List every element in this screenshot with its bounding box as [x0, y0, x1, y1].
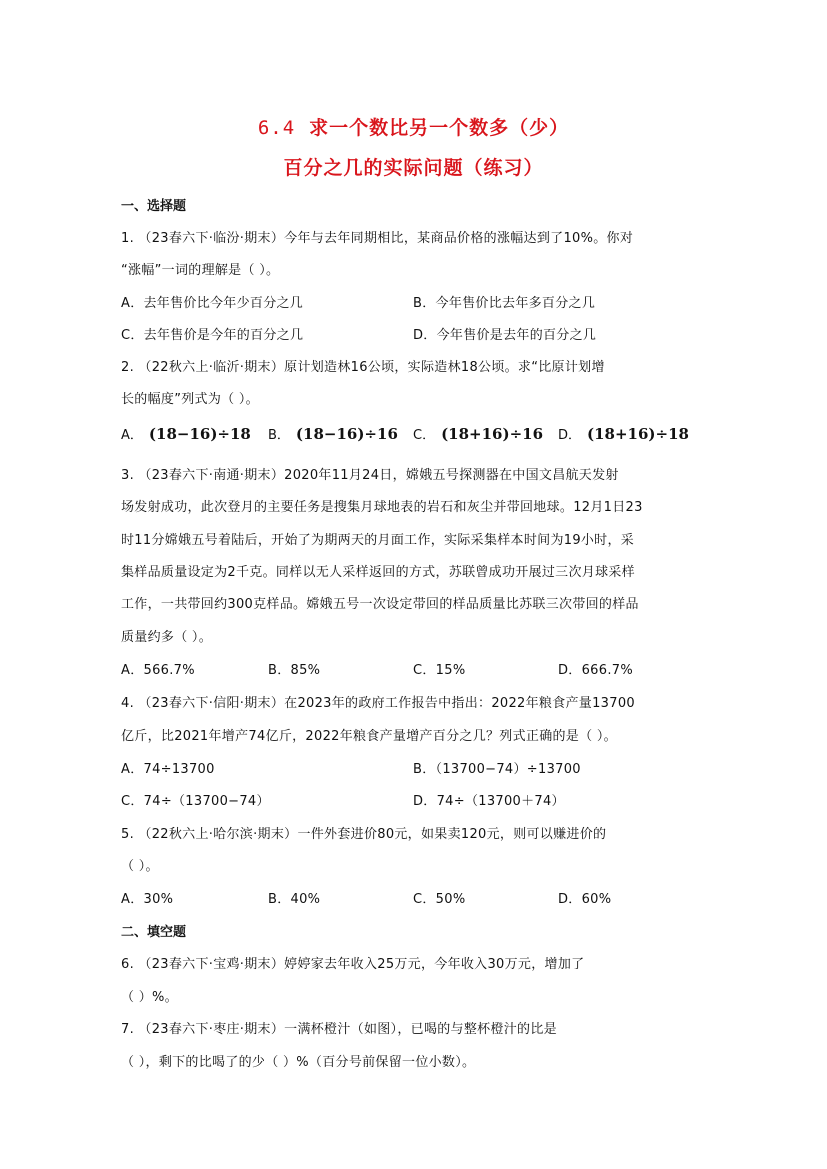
section-heading-fill: 二、填空题 [121, 921, 186, 940]
question-3-option-a[interactable]: A．566.7% [121, 659, 195, 678]
option-b-formula: (18−16)÷16 [296, 425, 398, 443]
question-1-option-c[interactable]: C．去年售价是今年的百分之几 [121, 324, 303, 343]
question-4-text: 4. （23春六下·信阳·期末）在2023年的政府工作报告中指出：2022年粮食… [121, 692, 635, 711]
question-5-text: 5. （22秋六上·哈尔滨·期末）一件外套进价80元，如果卖120元，则可以赚进… [121, 823, 606, 842]
question-5-text-cont: （ ）。 [121, 855, 159, 874]
title-number: 6.4 [258, 117, 295, 139]
question-5-option-d[interactable]: D．60% [558, 888, 611, 907]
question-1-option-a[interactable]: A．去年售价比今年少百分之几 [121, 292, 303, 311]
worksheet-page: 6.4求一个数比另一个数多（少） 百分之几的实际问题（练习） 一、选择题 1. … [0, 0, 827, 1169]
question-6-text: 6. （23春六下·宝鸡·期末）婷婷家去年收入25万元，今年收入30万元，增加了 [121, 953, 584, 972]
question-3-text-cont-2: 时11分嫦娥五号着陆后，开始了为期两天的月面工作，实际采集样本时间为19小时，采 [121, 529, 634, 548]
question-1-text-cont: “涨幅”一词的理解是（ ）。 [121, 259, 279, 278]
question-5-option-a[interactable]: A．30% [121, 888, 173, 907]
option-d-formula: (18+16)÷18 [587, 425, 689, 443]
question-1-option-b[interactable]: B．今年售价比去年多百分之几 [413, 292, 595, 311]
page-title-line-1: 6.4求一个数比另一个数多（少） [0, 113, 827, 140]
question-3-option-d[interactable]: D．666.7% [558, 659, 633, 678]
option-c-formula: (18+16)÷16 [441, 425, 543, 443]
question-6-blank-line: （ ）%。 [121, 986, 178, 1005]
question-4-option-a[interactable]: A．74÷13700 [121, 758, 215, 777]
question-2-option-b[interactable]: B．(18−16)÷16 [268, 424, 398, 443]
question-2-option-a[interactable]: A．(18−16)÷18 [121, 424, 251, 443]
question-7-text: 7. （23春六下·枣庄·期末）一满杯橙汁（如图），已喝的与整杯橙汁的比是 [121, 1018, 557, 1037]
option-b-label: B． [268, 428, 290, 443]
question-4-option-b[interactable]: B．（13700−74）÷13700 [413, 758, 581, 777]
title-text-1: 求一个数比另一个数多（少） [309, 117, 569, 139]
question-5-option-b[interactable]: B．40% [268, 888, 320, 907]
option-d-label: D． [558, 428, 581, 443]
option-a-formula: (18−16)÷18 [149, 425, 251, 443]
question-1-text: 1. （23春六下·临汾·期末）今年与去年同期相比，某商品价格的涨幅达到了10%… [121, 227, 633, 246]
question-2-text-cont: 长的幅度”列式为（ ）。 [121, 388, 259, 407]
section-heading-choice: 一、选择题 [121, 195, 186, 214]
option-a-label: A． [121, 428, 143, 443]
question-3-text: 3. （23春六下·南通·期末）2020年11月24日，嫦娥五号探测器在中国文昌… [121, 464, 619, 483]
question-4-text-cont: 亿斤，比2021年增产74亿斤，2022年粮食产量增产百分之几？列式正确的是（ … [121, 725, 617, 744]
question-4-option-d[interactable]: D．74÷（13700＋74） [413, 790, 565, 809]
question-2-option-c[interactable]: C．(18+16)÷16 [413, 424, 543, 443]
question-3-text-cont-5: 质量约多（ ）。 [121, 626, 212, 645]
question-7-blank-line: （ ），剩下的比喝了的少（ ）%（百分号前保留一位小数）。 [121, 1051, 475, 1070]
question-3-text-cont-1: 场发射成功，此次登月的主要任务是搜集月球地表的岩石和灰尘并带回地球。12月1日2… [121, 496, 643, 515]
question-1-option-d[interactable]: D．今年售价是去年的百分之几 [413, 324, 596, 343]
question-2-text: 2. （22秋六上·临沂·期末）原计划造林16公顷，实际造林18公顷。求“比原计… [121, 356, 605, 375]
question-2-option-d[interactable]: D．(18+16)÷18 [558, 424, 689, 443]
question-3-text-cont-4: 工作，一共带回约300克样品。嫦娥五号一次设定带回的样品质量比苏联三次带回的样品 [121, 593, 639, 612]
page-title-line-2: 百分之几的实际问题（练习） [0, 153, 827, 180]
question-3-text-cont-3: 集样品质量设定为2千克。同样以无人采样返回的方式，苏联曾成功开展过三次月球采样 [121, 561, 635, 580]
question-3-option-c[interactable]: C．15% [413, 659, 465, 678]
option-c-label: C． [413, 428, 435, 443]
question-3-option-b[interactable]: B．85% [268, 659, 320, 678]
question-4-option-c[interactable]: C．74÷（13700−74） [121, 790, 270, 809]
question-5-option-c[interactable]: C．50% [413, 888, 465, 907]
